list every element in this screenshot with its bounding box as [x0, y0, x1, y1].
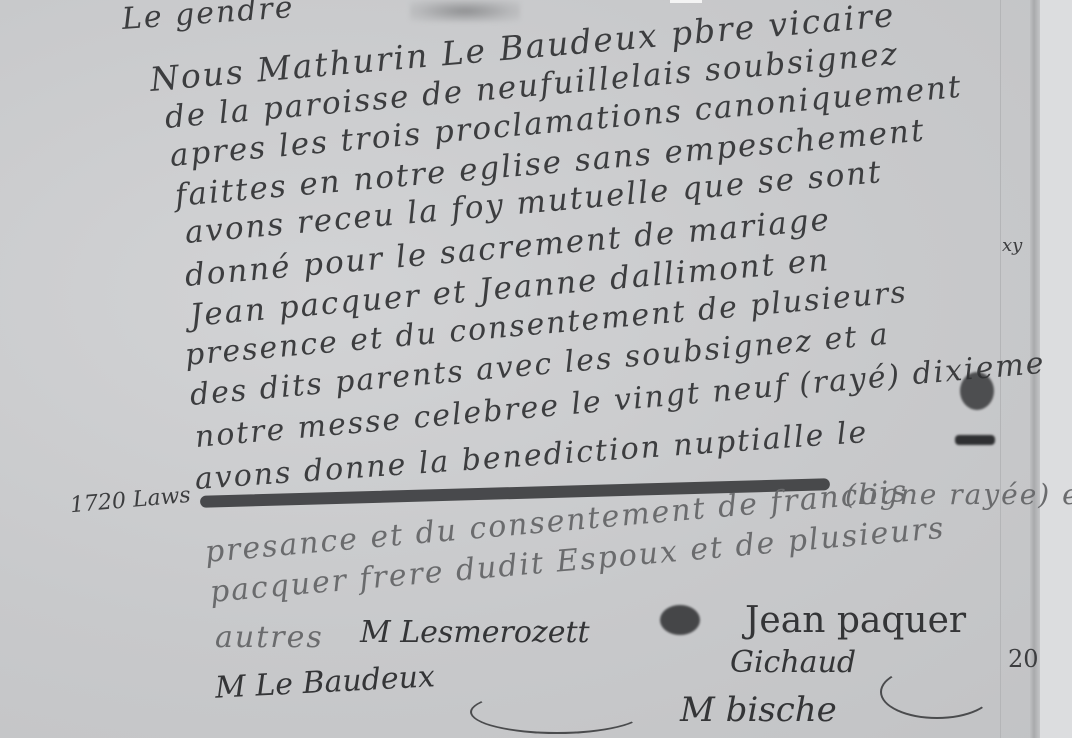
signature-lesmerozett: M Lesmerozett [360, 615, 590, 650]
signature-flourish [470, 690, 644, 734]
ink-blot [955, 435, 995, 445]
margin-note-right-2: 20 [1008, 645, 1039, 673]
ink-blot [660, 605, 700, 635]
header-fragment: Le gendre [121, 0, 296, 37]
ink-smudge [410, 0, 520, 22]
signature-gichaud: Gichaud [730, 645, 856, 680]
scan-artifact [670, 0, 702, 3]
record-line-15: autres [215, 620, 324, 655]
ink-blot [960, 372, 994, 410]
signature-jean-paquer: Jean paquer [745, 600, 966, 641]
document-page: Le gendre Nous Mathurin Le Baudeux pbre … [0, 0, 1072, 738]
signature-flourish [880, 665, 994, 719]
margin-note-left: 1720 Laws [69, 483, 192, 518]
margin-note-right-1: xy [1002, 235, 1022, 256]
signature-bische: M bische [680, 690, 837, 730]
signature-le-baudeux: M Le Baudeux [214, 659, 435, 705]
